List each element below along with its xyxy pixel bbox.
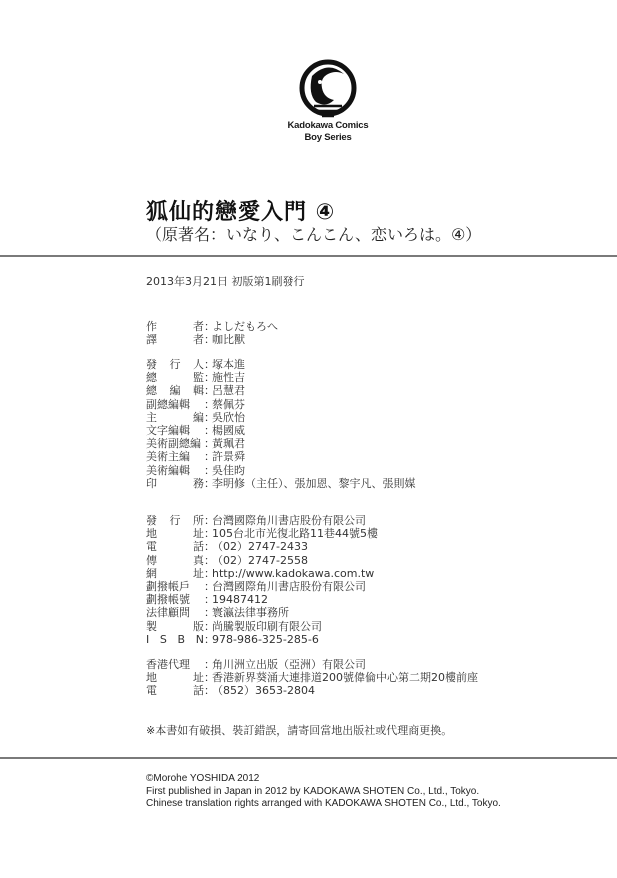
info-row: 地址：105台北市光復北路11巷44號5樓	[146, 527, 378, 540]
colon: ：	[204, 398, 212, 411]
info-label: 印務	[146, 477, 204, 490]
info-row: 網址：http://www.kadokawa.com.tw	[146, 567, 378, 580]
info-value: 978-986-325-285-6	[212, 633, 319, 646]
phoenix-emblem-icon	[298, 58, 358, 120]
credits-block: 作者：よしだもろへ譯者：咖比獸	[146, 320, 278, 346]
label-char: 務	[193, 477, 204, 490]
info-label: 地址	[146, 527, 204, 540]
first-published-line: First published in Japan in 2012 by KADO…	[146, 786, 501, 799]
info-row: ISBN：978-986-325-285-6	[146, 633, 378, 646]
info-value: （02）2747-2433	[212, 540, 308, 553]
info-value: 塚本進	[212, 358, 245, 371]
info-row: 劃撥帳戶：台灣國際角川書店股份有限公司	[146, 580, 378, 593]
label-char: B	[178, 633, 186, 646]
label-char: 電	[146, 684, 157, 697]
colon: ：	[204, 333, 212, 346]
info-label: 製版	[146, 620, 204, 633]
colon: ：	[204, 633, 212, 646]
info-row: 發行人：塚本進	[146, 358, 416, 371]
label-char: 地	[146, 671, 157, 684]
info-label: 法律顧問	[146, 606, 204, 619]
label-char: 劃撥帳戶	[146, 580, 190, 593]
info-value: 楊國威	[212, 424, 245, 437]
label-char: 製	[146, 620, 157, 633]
info-row: 總編輯：呂慧君	[146, 384, 416, 397]
info-row: 美術主編：許景舜	[146, 450, 416, 463]
label-char: 法律顧問	[146, 606, 190, 619]
colon: ：	[204, 671, 212, 684]
label-char: 發	[146, 514, 157, 527]
colon: ：	[204, 424, 212, 437]
colon: ：	[204, 411, 212, 424]
label-char: 作	[146, 320, 157, 333]
label-char: 版	[193, 620, 204, 633]
info-label: 美術副總編	[146, 437, 204, 450]
label-char: 編	[193, 411, 204, 424]
colon: ：	[204, 527, 212, 540]
label-char: 行	[170, 358, 181, 371]
colon: ：	[204, 477, 212, 490]
info-label: 地址	[146, 671, 204, 684]
info-row: 劃撥帳號：19487412	[146, 593, 378, 606]
divider-bottom	[0, 757, 617, 759]
info-value: 香港新界葵涌大連排道200號偉倫中心第二期20樓前座	[212, 671, 478, 684]
publisher-block: 發行所：台灣國際角川書店股份有限公司地址：105台北市光復北路11巷44號5樓電…	[146, 514, 378, 646]
colon: ：	[204, 593, 212, 606]
info-label: 劃撥帳號	[146, 593, 204, 606]
colon: ：	[204, 658, 212, 671]
info-label: 劃撥帳戶	[146, 580, 204, 593]
info-label: 網址	[146, 567, 204, 580]
label-char: 譯	[146, 333, 157, 346]
label-char: 者	[193, 320, 204, 333]
info-row: 電話：（02）2747-2433	[146, 540, 378, 553]
info-value: 黃珮君	[212, 437, 245, 450]
info-label: 傳真	[146, 554, 204, 567]
info-label: 美術編輯	[146, 464, 204, 477]
label-char: I	[146, 633, 149, 646]
info-label: 作者	[146, 320, 204, 333]
info-row: 電話：（852）3653-2804	[146, 684, 478, 697]
colon: ：	[204, 554, 212, 567]
info-value: 許景舜	[212, 450, 245, 463]
publication-date: 2013年3月21日 初版第1刷發行	[146, 273, 304, 289]
info-value: 105台北市光復北路11巷44號5樓	[212, 527, 378, 540]
info-value: 咖比獸	[212, 333, 245, 346]
colon: ：	[204, 606, 212, 619]
info-row: 地址：香港新界葵涌大連排道200號偉倫中心第二期20樓前座	[146, 671, 478, 684]
label-char: 網	[146, 567, 157, 580]
info-value: よしだもろへ	[212, 320, 278, 333]
info-value: http://www.kadokawa.com.tw	[212, 567, 374, 580]
copyright-line: ©Morohe YOSHIDA 2012	[146, 773, 501, 786]
label-char: 真	[193, 554, 204, 567]
info-row: 製版：尚騰製版印刷有限公司	[146, 620, 378, 633]
info-row: 香港代理：角川洲立出版（亞洲）有限公司	[146, 658, 478, 671]
label-char: 總	[146, 384, 157, 397]
label-char: 編	[170, 384, 181, 397]
info-value: 角川洲立出版（亞洲）有限公司	[212, 658, 366, 671]
colon: ：	[204, 450, 212, 463]
info-label: 總監	[146, 371, 204, 384]
info-label: 副總編輯	[146, 398, 204, 411]
info-row: 美術副總編：黃珮君	[146, 437, 416, 450]
colon: ：	[204, 384, 212, 397]
divider-top	[0, 255, 617, 257]
colon: ：	[204, 358, 212, 371]
staff-block: 發行人：塚本進總監：施性吉總編輯：呂慧君副總編輯：蔡佩芬主編：吳欣怡文字編輯：楊…	[146, 358, 416, 490]
label-char: 副總編輯	[146, 398, 190, 411]
logo-line2: Boy Series	[283, 132, 373, 144]
info-value: 李明修（主任）、張加恩、黎宇凡、張則媒	[212, 477, 416, 490]
colon: ：	[204, 371, 212, 384]
label-char: 美術編輯	[146, 464, 190, 477]
colon: ：	[204, 464, 212, 477]
label-char: 美術副總編	[146, 437, 201, 450]
info-row: 作者：よしだもろへ	[146, 320, 278, 333]
info-row: 文字編輯：楊國威	[146, 424, 416, 437]
label-char: N	[196, 633, 204, 646]
label-char: 址	[193, 527, 204, 540]
info-value: 寰瀛法律事務所	[212, 606, 289, 619]
info-value: 台灣國際角川書店股份有限公司	[212, 514, 366, 527]
label-char: 地	[146, 527, 157, 540]
info-value: 19487412	[212, 593, 268, 606]
original-title: （原著名：いなり、こんこん、恋いろは。④）	[146, 222, 481, 245]
info-value: 台灣國際角川書店股份有限公司	[212, 580, 366, 593]
label-char: 址	[193, 567, 204, 580]
publisher-logo: Kadokawa Comics Boy Series	[283, 58, 373, 144]
info-value: 吳佳昀	[212, 464, 245, 477]
info-row: 美術編輯：吳佳昀	[146, 464, 416, 477]
label-char: 香港代理	[146, 658, 190, 671]
info-value: （02）2747-2558	[212, 554, 308, 567]
info-value: 呂慧君	[212, 384, 245, 397]
label-char: 址	[193, 671, 204, 684]
label-char: 總	[146, 371, 157, 384]
info-label: ISBN	[146, 633, 204, 646]
label-char: S	[160, 633, 167, 646]
label-char: 主	[146, 411, 157, 424]
info-value: 施性吉	[212, 371, 245, 384]
info-row: 法律顧問：寰瀛法律事務所	[146, 606, 378, 619]
colon: ：	[204, 580, 212, 593]
info-row: 總監：施性吉	[146, 371, 416, 384]
colon: ：	[204, 684, 212, 697]
info-row: 傳真：（02）2747-2558	[146, 554, 378, 567]
info-value: （852）3653-2804	[212, 684, 315, 697]
info-value: 蔡佩芬	[212, 398, 245, 411]
colon: ：	[204, 514, 212, 527]
colon: ：	[204, 567, 212, 580]
label-char: 者	[193, 333, 204, 346]
hongkong-block: 香港代理：角川洲立出版（亞洲）有限公司地址：香港新界葵涌大連排道200號偉倫中心…	[146, 658, 478, 698]
info-label: 電話	[146, 684, 204, 697]
label-char: 所	[193, 514, 204, 527]
info-label: 文字編輯	[146, 424, 204, 437]
copyright-block: ©Morohe YOSHIDA 2012 First published in …	[146, 773, 501, 811]
translation-rights-line: Chinese translation rights arranged with…	[146, 798, 501, 811]
label-char: 電	[146, 540, 157, 553]
colon: ：	[204, 320, 212, 333]
label-char: 美術主編	[146, 450, 190, 463]
info-label: 香港代理	[146, 658, 204, 671]
info-label: 發行所	[146, 514, 204, 527]
label-char: 劃撥帳號	[146, 593, 190, 606]
info-label: 主編	[146, 411, 204, 424]
info-row: 副總編輯：蔡佩芬	[146, 398, 416, 411]
colon: ：	[204, 540, 212, 553]
logo-line1: Kadokawa Comics	[283, 120, 373, 132]
label-char: 行	[170, 514, 181, 527]
info-value: 吳欣怡	[212, 411, 245, 424]
colon: ：	[204, 620, 212, 633]
label-char: 監	[193, 371, 204, 384]
info-row: 印務：李明修（主任）、張加恩、黎宇凡、張則媒	[146, 477, 416, 490]
info-row: 發行所：台灣國際角川書店股份有限公司	[146, 514, 378, 527]
label-char: 文字編輯	[146, 424, 190, 437]
info-row: 譯者：咖比獸	[146, 333, 278, 346]
label-char: 話	[193, 684, 204, 697]
label-char: 話	[193, 540, 204, 553]
info-row: 主編：吳欣怡	[146, 411, 416, 424]
info-label: 電話	[146, 540, 204, 553]
label-char: 輯	[193, 384, 204, 397]
label-char: 人	[193, 358, 204, 371]
label-char: 發	[146, 358, 157, 371]
colon: ：	[204, 437, 212, 450]
label-char: 印	[146, 477, 157, 490]
info-label: 美術主編	[146, 450, 204, 463]
info-label: 總編輯	[146, 384, 204, 397]
info-label: 發行人	[146, 358, 204, 371]
label-char: 傳	[146, 554, 157, 567]
info-label: 譯者	[146, 333, 204, 346]
info-value: 尚騰製版印刷有限公司	[212, 620, 322, 633]
replacement-notice: ※本書如有破損、裝訂錯誤，請寄回當地出版社或代理商更換。	[146, 722, 452, 738]
